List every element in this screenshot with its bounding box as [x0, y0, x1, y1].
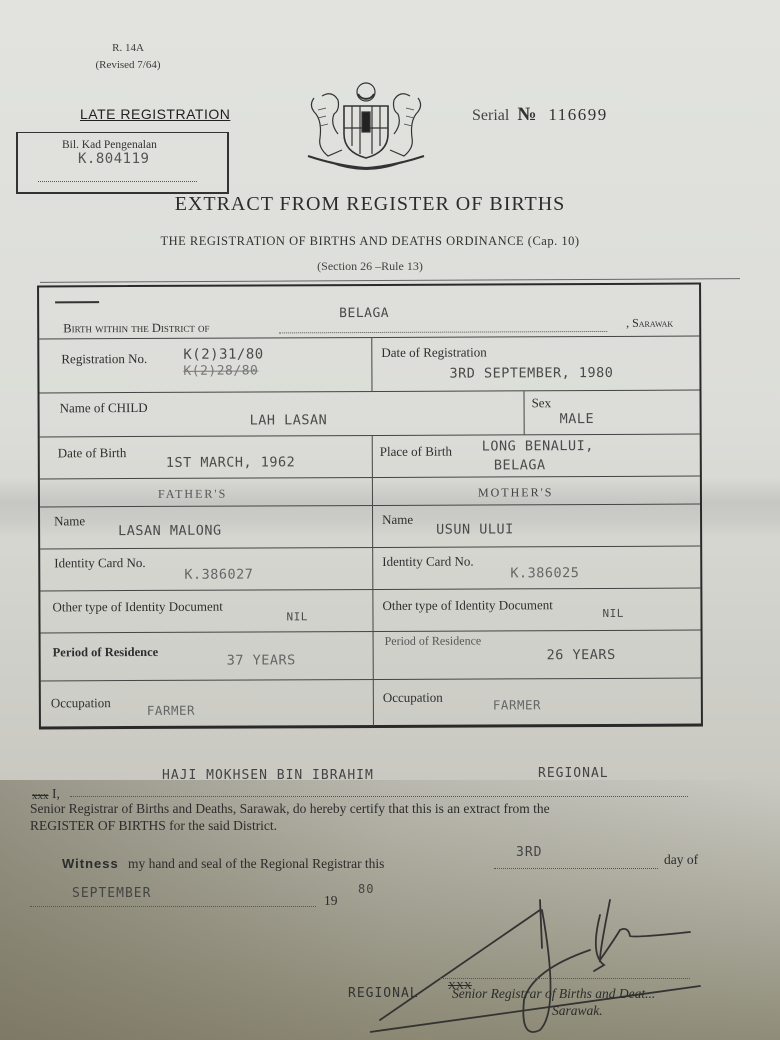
father-residence-value: 37 YEARS	[227, 652, 296, 668]
column-divider	[524, 391, 525, 434]
father-occupation-label: Occupation	[51, 695, 111, 711]
child-name-value: LAH LASAN	[250, 412, 328, 428]
serial-label: Serial	[472, 107, 509, 124]
parents-occupation-row: Occupation FARMER Occupation FARMER	[41, 679, 701, 728]
registration-row: Registration No. K(2)31/80 K(2)28/80 Dat…	[39, 337, 699, 394]
witness-month-value: SEPTEMBER	[72, 886, 151, 901]
serial-number: Serial№116699	[472, 104, 608, 126]
form-revision: (Revised 7/64)	[88, 57, 168, 74]
place-of-birth-line1: LONG BENALUI,	[482, 438, 594, 454]
registration-no-value: K(2)31/80	[183, 346, 263, 362]
year-prefix: 19	[324, 893, 338, 909]
birth-register-table: BELAGA Birth within the District of , Sa…	[37, 283, 703, 730]
district-value: BELAGA	[339, 306, 389, 321]
mother-name-label: Name	[382, 512, 413, 528]
witness-label: Witness	[62, 856, 119, 871]
day-of-label: day of	[664, 852, 698, 868]
birth-row: Date of Birth 1ST MARCH, 1962 Place of B…	[40, 435, 700, 480]
father-occupation-value: FARMER	[147, 703, 195, 718]
place-of-birth-label: Place of Birth	[380, 444, 452, 460]
parents-heading-row: FATHER'S MOTHER'S	[40, 477, 700, 508]
witness-text: my hand and seal of the Regional Registr…	[128, 856, 384, 872]
number-symbol: №	[517, 104, 536, 125]
father-ic-label: Identity Card No.	[54, 555, 145, 571]
ordinance-subtitle: THE REGISTRATION OF BIRTHS AND DEATHS OR…	[0, 234, 740, 249]
section-reference: (Section 26 –Rule 13)	[0, 259, 740, 274]
child-name-label: Name of CHILD	[60, 400, 148, 416]
father-other-id-value: NIL	[286, 610, 307, 623]
child-name-row: Name of CHILD LAH LASAN Sex MALE	[40, 391, 700, 438]
mother-residence-label: Period of Residence	[385, 634, 482, 649]
mother-ic-label: Identity Card No.	[382, 554, 473, 570]
mother-occupation-value: FARMER	[493, 697, 541, 712]
registration-no-struck: K(2)28/80	[183, 363, 258, 378]
certification-line-2: REGISTER OF BIRTHS for the said District…	[30, 818, 277, 834]
parents-residence-row: Period of Residence 37 YEARS Period of R…	[41, 631, 701, 682]
mother-residence-value: 26 YEARS	[547, 647, 616, 663]
id-card-box: Bil. Kad Pengenalan K.804119	[16, 132, 229, 194]
form-code: R. 14A (Revised 7/64)	[88, 40, 168, 74]
column-divider	[373, 632, 374, 679]
mother-heading: MOTHER'S	[478, 485, 554, 500]
mother-occupation-label: Occupation	[383, 690, 443, 706]
registrar-name: HAJI MOKHSEN BIN IBRAHIM	[162, 768, 374, 783]
signature-icon	[370, 890, 710, 1040]
id-card-value: K.804119	[78, 151, 149, 167]
form-number: R. 14A	[88, 40, 168, 57]
column-divider	[372, 506, 373, 547]
column-divider	[373, 680, 374, 726]
mother-ic-value: K.386025	[510, 565, 579, 581]
column-divider	[372, 590, 373, 631]
id-card-dotted-line	[38, 181, 197, 182]
decorative-dash	[55, 301, 99, 303]
mother-other-id-label: Other type of Identity Document	[382, 597, 552, 614]
father-other-id-label: Other type of Identity Document	[52, 599, 222, 616]
father-heading: FATHER'S	[158, 487, 227, 502]
father-residence-label: Period of Residence	[53, 645, 159, 660]
registrar-dotted-line	[70, 796, 688, 797]
father-name-value: LASAN MALONG	[118, 523, 222, 539]
state-label: , Sarawak	[626, 316, 673, 331]
column-divider	[372, 548, 373, 589]
signature-title-line-2: Sarawak.	[552, 1003, 603, 1019]
date-of-birth-value: 1ST MARCH, 1962	[166, 454, 295, 471]
district-label: Birth within the District of	[63, 321, 209, 337]
signature-dotted-line	[440, 978, 690, 979]
sex-value: MALE	[560, 411, 595, 427]
mother-other-id-value: NIL	[602, 607, 623, 620]
column-divider	[371, 338, 372, 391]
late-registration-heading: LATE REGISTRATION	[80, 106, 230, 122]
date-of-registration-label: Date of Registration	[381, 344, 486, 360]
district-row: BELAGA Birth within the District of , Sa…	[39, 285, 699, 340]
father-ic-value: K.386027	[184, 567, 253, 583]
date-of-registration-value: 3RD SEPTEMBER, 1980	[449, 365, 613, 382]
parents-other-id-row: Other type of Identity Document NIL Othe…	[40, 589, 700, 634]
serial-value: 116699	[548, 105, 607, 124]
coat-of-arms-icon	[300, 76, 432, 176]
registration-no-label: Registration No.	[61, 351, 147, 367]
father-name-label: Name	[54, 513, 85, 529]
document-title: EXTRACT FROM REGISTER OF BIRTHS	[0, 193, 740, 216]
column-divider	[372, 478, 373, 505]
i-prefix: I,	[52, 786, 60, 802]
signature-title-line-1: Senior Registrar of Births and Deat...	[452, 986, 655, 1002]
signature-title-typed: REGIONAL	[348, 986, 419, 1001]
witness-day-value: 3RD	[516, 845, 542, 860]
date-of-birth-label: Date of Birth	[58, 445, 127, 461]
mother-name-value: USUN ULUI	[436, 521, 514, 537]
column-divider	[372, 436, 373, 477]
id-card-label: Bil. Kad Pengenalan	[62, 139, 157, 151]
certification-line-1: Senior Registrar of Births and Deaths, S…	[30, 801, 550, 817]
sex-label: Sex	[532, 395, 552, 411]
district-dotted-line	[279, 331, 607, 333]
parents-name-row: Name LASAN MALONG Name USUN ULUI	[40, 505, 700, 550]
day-dotted-line	[494, 868, 658, 869]
parents-ic-row: Identity Card No. K.386027 Identity Card…	[40, 547, 700, 592]
place-of-birth-line2: BELAGA	[494, 457, 546, 473]
registrar-title-typed: REGIONAL	[538, 766, 609, 781]
month-dotted-line	[30, 906, 316, 907]
